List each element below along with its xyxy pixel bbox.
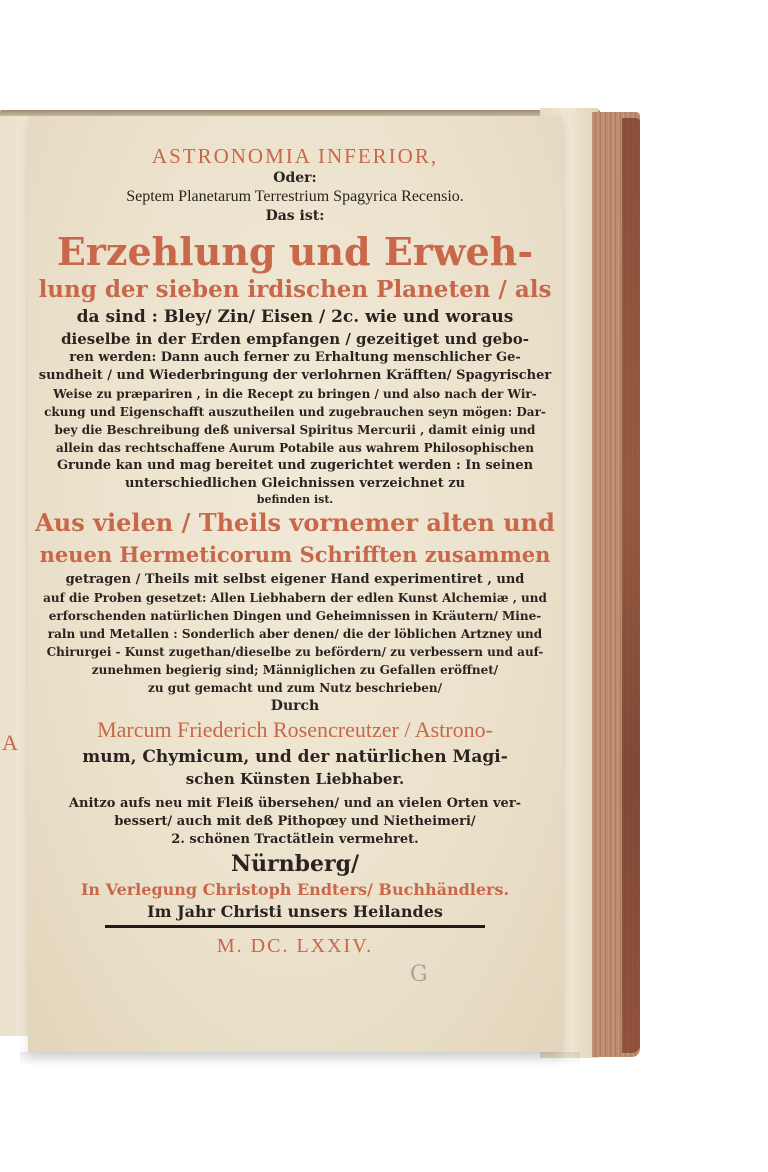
book-left-leaf [0,116,30,1036]
red-heading-2: neuen Hermeticorum Schrifften zusammen [28,539,562,571]
body-line-2: auf die Proben gesetzet: Allen Liebhaber… [28,589,562,607]
book-photograph: A ASTRONOMIA INFERIOR, Oder: Septem Plan… [0,0,768,1172]
publisher: In Verlegung Christoph Endters/ Buchhänd… [28,879,562,901]
body-line-2: erforschenden natürlichen Dingen und Geh… [28,607,562,625]
margin-letter: A [2,730,18,756]
body-line: unterschiedlichen Gleichnissen verzeichn… [28,475,562,493]
publication-year: M. DC. LXXIV. [28,932,562,960]
body-line: befinden ist. [28,493,562,507]
title-page-text: ASTRONOMIA INFERIOR, Oder: Septem Planet… [28,140,562,960]
body-line: ren werden: Dann auch ferner zu Erhaltun… [28,349,562,367]
edition-line: bessert/ auch mit deß Pithopœy und Nieth… [28,813,562,831]
red-heading-1: Aus vielen / Theils vornemer alten und [28,507,562,539]
book-cover-edge [622,118,640,1053]
body-line: ckung und Eigenschafft auszutheilen und … [28,403,562,421]
main-heading-1: Erzehlung und Erweh- [28,229,562,275]
durch-line: Durch [28,697,562,715]
book-shadow [20,1052,580,1066]
body-line: bey die Beschreibung deß universal Spiri… [28,421,562,439]
body-line-2: zunehmen begierig sind; Männiglichen zu … [28,661,562,679]
book-title: ASTRONOMIA INFERIOR, [28,144,562,169]
body-line-2: raln und Metallen : Sonderlich aber dene… [28,625,562,643]
body-line: allein das rechtschaffene Aurum Potabile… [28,439,562,457]
latin-subtitle: Septem Planetarum Terrestrium Spagyrica … [28,187,562,207]
author-desc-1: mum, Chymicum, und der natürlichen Magi- [28,745,562,769]
edition-line: 2. schönen Tractätlein vermehret. [28,831,562,849]
main-heading-2: lung der sieben irdischen Planeten / als [28,275,562,305]
city: Nürnberg/ [28,849,562,879]
body-line: Weise zu præpariren , in die Recept zu b… [28,385,562,403]
author-desc-2: schen Künsten Liebhaber. [28,769,562,789]
year-phrase: Im Jahr Christi unsers Heilandes [28,901,562,923]
author-line: Marcum Friederich Rosencreutzer / Astron… [28,715,562,745]
library-stamp: G [410,962,428,987]
edition-line: Anitzo aufs neu mit Fleiß übersehen/ und… [28,795,562,813]
body-line-2: Chirurgei - Kunst zugethan/dieselbe zu b… [28,643,562,661]
body-line-2: zu gut gemacht und zum Nutz beschrieben/ [28,679,562,697]
body-line-2: getragen / Theils mit selbst eigener Han… [28,571,562,589]
divider-rule [105,925,485,928]
body-line: Grunde kan und mag bereitet und zugerich… [28,457,562,475]
body-line: sundheit / und Wiederbringung der verloh… [28,367,562,385]
oder-line: Oder: [28,169,562,187]
body-line: da sind : Bley/ Zin/ Eisen / 2c. wie und… [28,305,562,329]
body-line: dieselbe in der Erden empfangen / gezeit… [28,329,562,349]
das-ist-line: Das ist: [28,207,562,225]
